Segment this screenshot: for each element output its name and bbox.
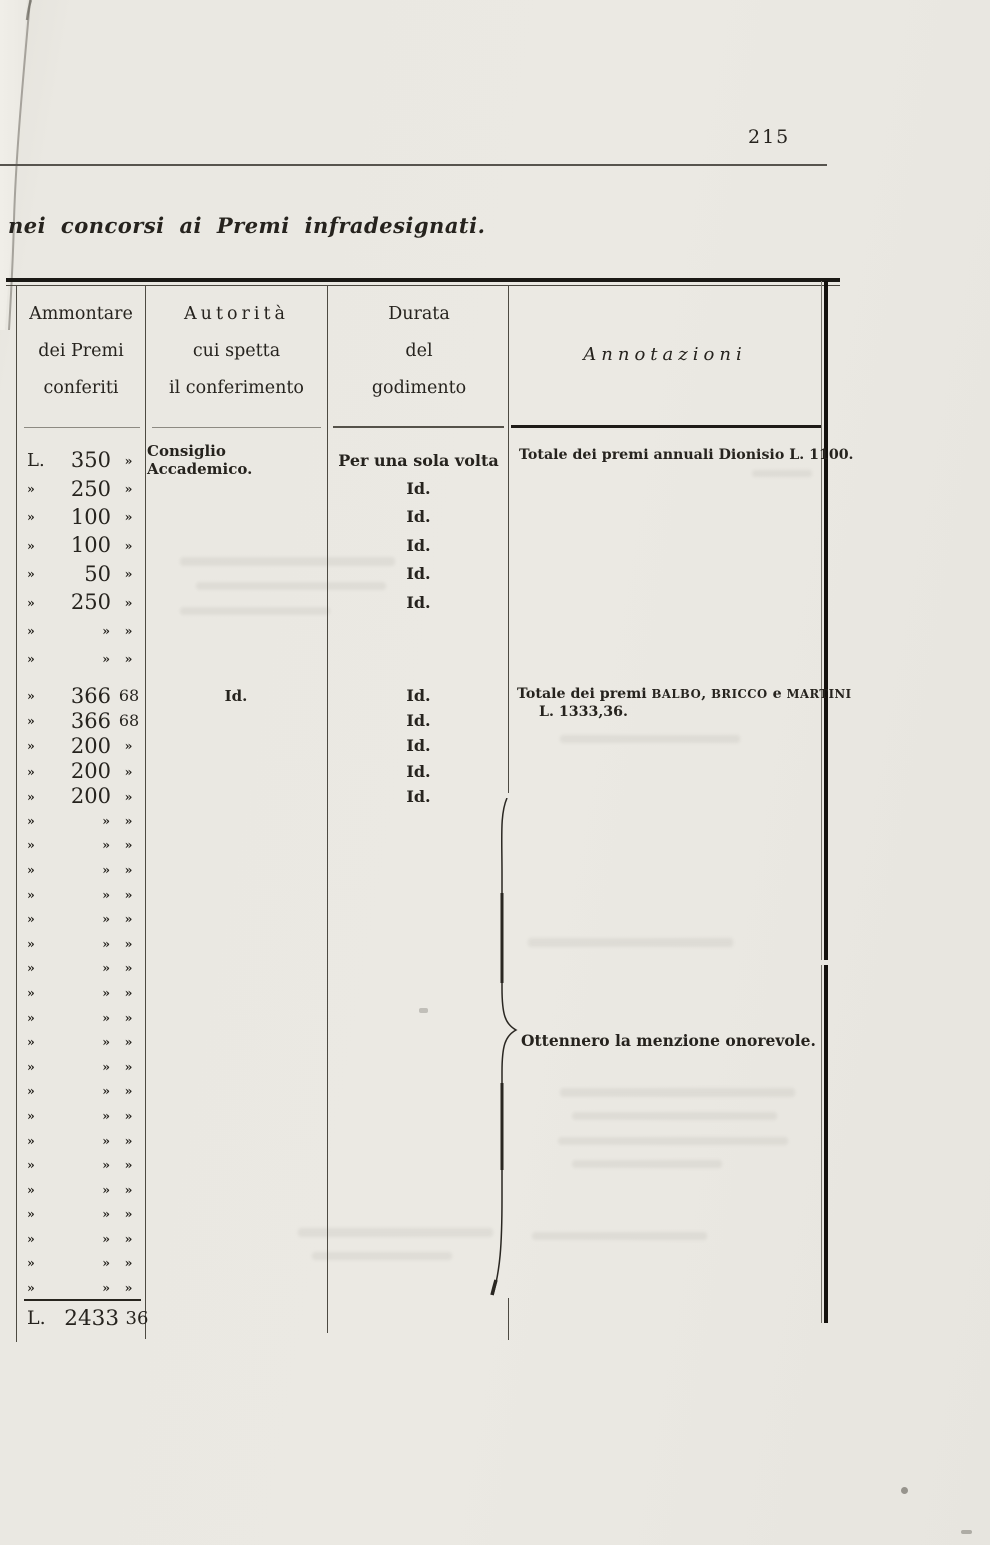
table-row: » » » xyxy=(17,645,508,673)
amount-currency: » xyxy=(27,588,49,616)
header-authority: Autoritàcui spettail conferimento xyxy=(146,296,327,407)
duration-cell xyxy=(329,1103,508,1128)
amount-cents: » xyxy=(115,1226,143,1251)
authority-cell xyxy=(147,833,325,858)
duration-cell xyxy=(329,833,508,858)
amount-lire: » xyxy=(47,1275,111,1300)
total-row: L. 2433 36 xyxy=(17,1303,157,1333)
duration-cell xyxy=(329,1054,508,1079)
amount-lire: » xyxy=(47,1177,111,1202)
amount-currency: » xyxy=(27,882,49,907)
total-currency: L. xyxy=(27,1303,53,1333)
duration-cell xyxy=(329,956,508,981)
amount-lire: 366 xyxy=(47,683,111,708)
amount-cents: » xyxy=(115,1079,143,1104)
table-top-border-thick xyxy=(6,278,840,282)
amount-currency: » xyxy=(27,1177,49,1202)
amount-cents: » xyxy=(115,474,143,502)
amount-lire: » xyxy=(47,980,111,1005)
amount-lire: 200 xyxy=(47,759,111,784)
amount-lire: » xyxy=(47,1079,111,1104)
amount-lire: 50 xyxy=(47,560,111,588)
page-heading: nei concorsi ai Premi infradesignati. xyxy=(8,213,485,238)
table-row: » » » xyxy=(17,980,508,1005)
duration-cell xyxy=(329,616,508,644)
amount-lire: 200 xyxy=(47,784,111,809)
amount-cents: » xyxy=(115,733,143,758)
amount-cents: » xyxy=(115,882,143,907)
header-amount: Ammontaredei Premiconferiti xyxy=(17,296,145,407)
table-row: » » » xyxy=(17,1226,508,1251)
duration-cell: Id. xyxy=(329,503,508,531)
table-row: » » » xyxy=(17,616,508,644)
amount-cents: » xyxy=(115,560,143,588)
amount-cents: 68 xyxy=(115,708,143,733)
prize-rows-group2: » 366 68 Id. Id. » 366 68 Id. » 200 » Id… xyxy=(17,683,508,809)
duration-cell xyxy=(329,1152,508,1177)
table-row: » » » xyxy=(17,1275,508,1300)
paper-speck xyxy=(961,1530,972,1534)
amount-lire: » xyxy=(47,1005,111,1030)
authority-cell xyxy=(147,1152,325,1177)
duration-cell xyxy=(329,857,508,882)
amount-lire: » xyxy=(47,857,111,882)
annotation-line2: L. 1333,36. xyxy=(539,704,852,720)
table-row: » » » xyxy=(17,1005,508,1030)
duration-cell xyxy=(329,1177,508,1202)
header-line: Durata xyxy=(331,296,507,333)
amount-cents: » xyxy=(115,857,143,882)
table-row: » » » xyxy=(17,1152,508,1177)
duration-cell: Id. xyxy=(329,759,508,784)
amount-currency: » xyxy=(27,956,49,981)
table-row: » 366 68 Id. Id. xyxy=(17,683,508,708)
annotation-line1: Totale dei premi Balbo, Bricco e Martini xyxy=(517,686,852,702)
authority-cell xyxy=(147,1005,325,1030)
table-row: L. 350 » Consiglio Accademico. Per una s… xyxy=(17,446,508,474)
total-cents: 36 xyxy=(123,1303,151,1333)
grouping-brace xyxy=(489,798,525,1296)
annotation-name: Martini xyxy=(787,687,852,701)
amount-cents: » xyxy=(115,1029,143,1054)
table-row: » » » xyxy=(17,1177,508,1202)
authority-cell xyxy=(147,1079,325,1104)
amount-lire: » xyxy=(47,931,111,956)
authority-cell xyxy=(147,1202,325,1227)
header-underline-2 xyxy=(152,427,321,428)
amount-lire: » xyxy=(47,956,111,981)
duration-cell xyxy=(329,1251,508,1276)
amount-lire: » xyxy=(47,1029,111,1054)
amount-currency: » xyxy=(27,645,49,673)
annotation-group2-total: Totale dei premi Balbo, Bricco e Martini… xyxy=(517,686,852,720)
amount-lire: » xyxy=(47,616,111,644)
amount-cents: » xyxy=(115,531,143,559)
scanned-book-page: 215 nei concorsi ai Premi infradesignati… xyxy=(0,0,990,1545)
amount-currency: » xyxy=(27,708,49,733)
amount-lire: 250 xyxy=(47,588,111,616)
amount-currency: » xyxy=(27,474,49,502)
header-line: conferiti xyxy=(17,370,145,407)
amount-cents: » xyxy=(115,808,143,833)
amount-currency: » xyxy=(27,808,49,833)
amount-currency: » xyxy=(27,531,49,559)
duration-cell: Id. xyxy=(329,784,508,809)
amount-currency: » xyxy=(27,759,49,784)
table-row: » 200 » Id. xyxy=(17,733,508,758)
authority-cell xyxy=(147,759,325,784)
amount-lire: 100 xyxy=(47,503,111,531)
authority-cell xyxy=(147,882,325,907)
duration-cell: Id. xyxy=(329,733,508,758)
amount-lire: 100 xyxy=(47,531,111,559)
authority-cell xyxy=(147,1226,325,1251)
annotation-mention: Ottennero la menzione onorevole. xyxy=(521,1031,816,1050)
amount-cents: » xyxy=(115,588,143,616)
authority-cell xyxy=(147,1029,325,1054)
table-row: » » » xyxy=(17,857,508,882)
page-number: 215 xyxy=(748,126,790,148)
amount-currency: » xyxy=(27,683,49,708)
duration-cell: Id. xyxy=(329,588,508,616)
table-row: » » » xyxy=(17,882,508,907)
amount-cents: » xyxy=(115,1275,143,1300)
authority-cell xyxy=(147,784,325,809)
duration-cell xyxy=(329,931,508,956)
duration-cell: Id. xyxy=(329,560,508,588)
amount-cents: » xyxy=(115,833,143,858)
header-underline-4 xyxy=(511,425,821,428)
amount-currency: » xyxy=(27,784,49,809)
header-annotations: Annotazioni xyxy=(509,288,821,420)
total-rule xyxy=(24,1299,141,1301)
amount-currency: » xyxy=(27,1128,49,1153)
total-lire: 2433 xyxy=(53,1303,119,1333)
prize-rows-group1: L. 350 » Consiglio Accademico. Per una s… xyxy=(17,446,508,673)
authority-cell xyxy=(147,1128,325,1153)
table-row: » 200 » Id. xyxy=(17,759,508,784)
authority-cell: Id. xyxy=(147,683,325,708)
amount-lire: » xyxy=(47,645,111,673)
table-row: » 250 » Id. xyxy=(17,588,508,616)
header-line: il conferimento xyxy=(146,370,327,407)
table-row: » » » xyxy=(17,808,508,833)
header-line: Autorità xyxy=(146,296,327,333)
amount-lire: 350 xyxy=(47,446,111,474)
bleed-through-line xyxy=(560,735,740,743)
authority-cell xyxy=(147,857,325,882)
amount-currency: » xyxy=(27,1103,49,1128)
amount-cents: » xyxy=(115,1005,143,1030)
authority-cell xyxy=(147,645,325,673)
amount-cents: » xyxy=(115,1152,143,1177)
amount-currency: » xyxy=(27,1152,49,1177)
table-row: » » » xyxy=(17,956,508,981)
amount-currency: » xyxy=(27,931,49,956)
authority-cell xyxy=(147,956,325,981)
table-row: » 366 68 Id. xyxy=(17,708,508,733)
authority-cell xyxy=(147,906,325,931)
annotation-name: Balbo xyxy=(652,687,702,701)
duration-cell xyxy=(329,1128,508,1153)
amount-lire: » xyxy=(47,1226,111,1251)
header-line: cui spetta xyxy=(146,333,327,370)
amount-lire: » xyxy=(47,906,111,931)
duration-cell: Id. xyxy=(329,531,508,559)
amount-currency: » xyxy=(27,560,49,588)
amount-lire: » xyxy=(47,1054,111,1079)
header-underline-1 xyxy=(24,427,140,428)
table-row: » » » xyxy=(17,1202,508,1227)
table-row: » 50 » Id. xyxy=(17,560,508,588)
amount-cents: » xyxy=(115,1177,143,1202)
header-underline-3 xyxy=(333,426,504,428)
authority-cell xyxy=(147,708,325,733)
table-right-border-thin xyxy=(821,281,822,1323)
authority-cell xyxy=(147,474,325,502)
duration-cell xyxy=(329,882,508,907)
table-row: » » » xyxy=(17,906,508,931)
table-row: » » » xyxy=(17,833,508,858)
amount-cents: 68 xyxy=(115,683,143,708)
bleed-through-line xyxy=(532,1232,707,1240)
amount-cents: » xyxy=(115,906,143,931)
authority-cell xyxy=(147,931,325,956)
amount-cents: » xyxy=(115,980,143,1005)
annotation-group1-total: Totale dei premi annuali Dionisio L. 110… xyxy=(519,447,854,463)
table-row: » 250 » Id. xyxy=(17,474,508,502)
table-row: » » » xyxy=(17,1251,508,1276)
annotation-text: , xyxy=(701,686,711,702)
table-row: » 100 » Id. xyxy=(17,503,508,531)
duration-cell xyxy=(329,1079,508,1104)
table-row: » » » xyxy=(17,1128,508,1153)
amount-lire: » xyxy=(47,833,111,858)
authority-cell xyxy=(147,503,325,531)
amount-currency: » xyxy=(27,1029,49,1054)
header-rule xyxy=(0,164,827,166)
annotation-text: Totale dei premi xyxy=(517,686,652,702)
amount-currency: » xyxy=(27,1005,49,1030)
bleed-through-line xyxy=(752,470,812,477)
table-row: » » » xyxy=(17,1079,508,1104)
authority-cell xyxy=(147,733,325,758)
amount-cents: » xyxy=(115,956,143,981)
authority-cell xyxy=(147,808,325,833)
amount-currency: L. xyxy=(27,446,49,474)
amount-lire: 250 xyxy=(47,474,111,502)
amount-lire: » xyxy=(47,1103,111,1128)
duration-cell: Id. xyxy=(329,683,508,708)
authority-cell xyxy=(147,588,325,616)
amount-lire: » xyxy=(47,1202,111,1227)
duration-cell xyxy=(329,1275,508,1300)
bleed-through-line xyxy=(560,1088,795,1097)
amount-lire: » xyxy=(47,1128,111,1153)
bleed-through-line xyxy=(558,1137,788,1145)
amount-lire: » xyxy=(47,1251,111,1276)
amount-cents: » xyxy=(115,1103,143,1128)
amount-cents: » xyxy=(115,645,143,673)
amount-currency: » xyxy=(27,1251,49,1276)
paper-speck xyxy=(901,1487,908,1494)
amount-currency: » xyxy=(27,503,49,531)
amount-cents: » xyxy=(115,1054,143,1079)
amount-cents: » xyxy=(115,931,143,956)
column-divider-3-lower xyxy=(508,1298,509,1340)
header-line: del xyxy=(331,333,507,370)
duration-cell xyxy=(329,1029,508,1054)
table-right-border-thick xyxy=(824,281,828,1323)
authority-cell xyxy=(147,531,325,559)
authority-cell xyxy=(147,1275,325,1300)
amount-lire: » xyxy=(47,882,111,907)
amount-currency: » xyxy=(27,1202,49,1227)
ditto-rows: » » » » » » » » » » » » » » » xyxy=(17,808,508,1300)
authority-cell xyxy=(147,980,325,1005)
bleed-through-line xyxy=(528,938,733,947)
amount-currency: » xyxy=(27,1275,49,1300)
amount-cents: » xyxy=(115,784,143,809)
authority-cell xyxy=(147,616,325,644)
amount-lire: » xyxy=(47,1152,111,1177)
authority-cell xyxy=(147,1177,325,1202)
amount-cents: » xyxy=(115,759,143,784)
amount-currency: » xyxy=(27,857,49,882)
duration-cell xyxy=(329,645,508,673)
table-row: » » » xyxy=(17,931,508,956)
amount-currency: » xyxy=(27,1079,49,1104)
amount-cents: » xyxy=(115,503,143,531)
bleed-through-line xyxy=(572,1112,777,1120)
amount-currency: » xyxy=(27,980,49,1005)
authority-cell xyxy=(147,560,325,588)
amount-cents: » xyxy=(115,1128,143,1153)
annotation-text: e xyxy=(768,686,787,702)
header-line: godimento xyxy=(331,370,507,407)
authority-cell xyxy=(147,1251,325,1276)
table-row: » » » xyxy=(17,1103,508,1128)
duration-cell xyxy=(329,980,508,1005)
bleed-through-line xyxy=(572,1160,722,1168)
header-line: dei Premi xyxy=(17,333,145,370)
duration-cell: Per una sola volta xyxy=(329,446,508,474)
amount-currency: » xyxy=(27,1226,49,1251)
amount-currency: » xyxy=(27,616,49,644)
header-duration: Duratadelgodimento xyxy=(331,296,507,407)
header-line: Ammontare xyxy=(17,296,145,333)
table-row: » » » xyxy=(17,1029,508,1054)
table-row: » 200 » Id. xyxy=(17,784,508,809)
amount-cents: » xyxy=(115,446,143,474)
amount-currency: » xyxy=(27,833,49,858)
authority-cell: Consiglio Accademico. xyxy=(147,446,325,474)
amount-lire: » xyxy=(47,808,111,833)
duration-cell xyxy=(329,808,508,833)
amount-currency: » xyxy=(27,733,49,758)
duration-cell xyxy=(329,1005,508,1030)
amount-cents: » xyxy=(115,616,143,644)
annotation-name: Bricco xyxy=(711,687,768,701)
duration-cell: Id. xyxy=(329,474,508,502)
table-row: » » » xyxy=(17,1054,508,1079)
duration-cell xyxy=(329,1226,508,1251)
amount-cents: » xyxy=(115,1251,143,1276)
table-top-border-thin xyxy=(6,285,840,286)
amount-currency: » xyxy=(27,1054,49,1079)
duration-cell: Id. xyxy=(329,708,508,733)
amount-lire: 366 xyxy=(47,708,111,733)
table-right-border-gap xyxy=(820,960,830,965)
amount-cents: » xyxy=(115,1202,143,1227)
authority-cell xyxy=(147,1103,325,1128)
table-row: » 100 » Id. xyxy=(17,531,508,559)
duration-cell xyxy=(329,1202,508,1227)
amount-currency: » xyxy=(27,906,49,931)
authority-cell xyxy=(147,1054,325,1079)
amount-lire: 200 xyxy=(47,733,111,758)
duration-cell xyxy=(329,906,508,931)
